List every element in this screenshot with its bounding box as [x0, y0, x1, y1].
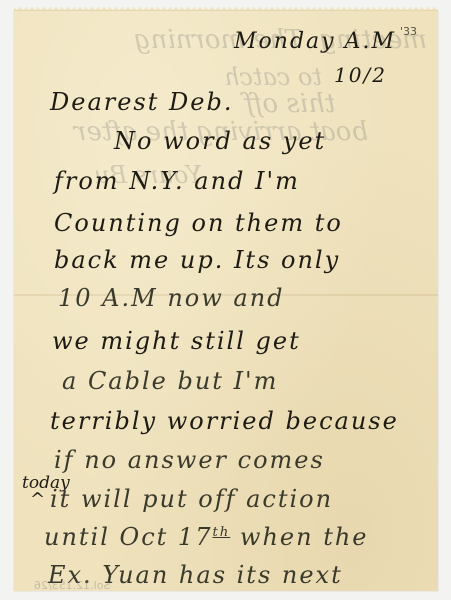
- letter-line: it will put off action: [50, 485, 333, 513]
- caret-mark: ^: [30, 489, 45, 510]
- catalog-stamp: Sol.12.153/26: [34, 579, 110, 592]
- letter-line: 10 A.M now and: [58, 284, 285, 312]
- header-day: Monday A.M: [234, 29, 396, 54]
- bleed-through-text: this off: [244, 89, 335, 119]
- header-date: 10/2: [334, 63, 387, 87]
- letter-line: terribly worried because: [50, 407, 399, 435]
- letter-line: Counting on them to: [54, 209, 343, 237]
- bleed-through-text: to catch: [224, 63, 322, 91]
- ordinal-suffix: th: [212, 525, 230, 540]
- letter-line: until Oct 17th when the: [44, 523, 369, 551]
- letter-line: a Cable but I'm: [62, 367, 278, 395]
- year-note: '33: [400, 25, 417, 38]
- letter-line-text: until Oct 17: [44, 523, 212, 551]
- letter-line-tail: when the: [240, 523, 369, 551]
- letter-line: from N.Y. and I'm: [54, 167, 300, 195]
- letter-line: if no answer comes: [54, 446, 325, 474]
- letter-line: back me up. Its only: [54, 246, 340, 274]
- salutation: Dearest Deb.: [50, 88, 233, 116]
- letter-page: meeting. The morning to catch this off b…: [14, 11, 438, 591]
- letter-line: No word as yet: [114, 127, 326, 155]
- letter-line: we might still get: [52, 327, 301, 355]
